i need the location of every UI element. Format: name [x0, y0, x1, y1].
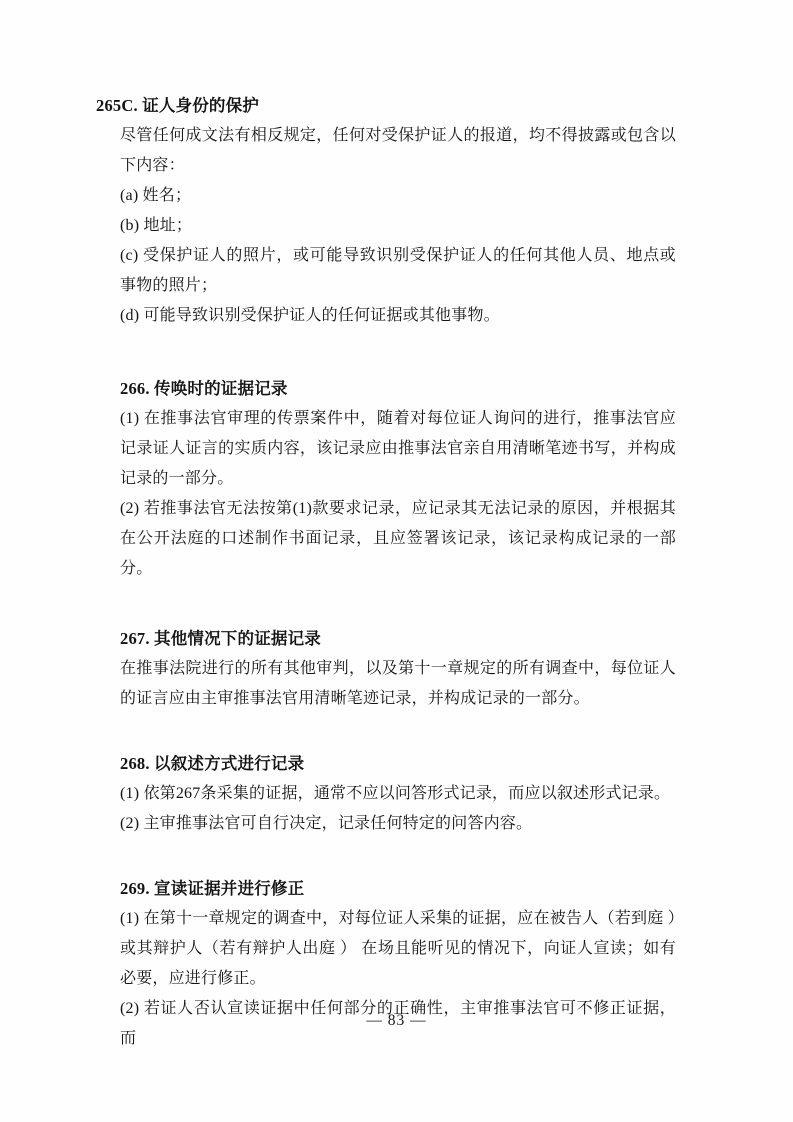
section-265c-list-item-c: (c) 受保护证人的照片，或可能导致识别受保护证人的任何其他人员、地点或事物的照…	[120, 241, 676, 301]
section-265c-list-item-d: (d) 可能导致识别受保护证人的任何证据或其他事物。	[120, 301, 676, 331]
section-269-heading: 269. 宣读证据并进行修正	[120, 874, 676, 904]
section-267-heading: 267. 其他情况下的证据记录	[120, 624, 676, 654]
section-265c: 265C. 证人身份的保护 尽管任何成文法有相反规定，任何对受保护证人的报道，均…	[120, 91, 676, 331]
section-266-heading: 266. 传唤时的证据记录	[120, 374, 676, 404]
section-266-clause-2: (2) 若推事法官无法按第(1)款要求记录，应记录其无法记录的原因，并根据其在公…	[120, 494, 676, 584]
section-265c-list-item-b: (b) 地址；	[120, 211, 676, 241]
section-265c-heading: 265C. 证人身份的保护	[96, 91, 676, 121]
section-265c-intro-paragraph: 尽管任何成文法有相反规定，任何对受保护证人的报道，均不得披露或包含以下内容：	[120, 121, 676, 181]
section-268-heading: 268. 以叙述方式进行记录	[120, 749, 676, 779]
section-265c-list-item-a: (a) 姓名；	[120, 181, 676, 211]
section-268: 268. 以叙述方式进行记录 (1) 依第267条采集的证据，通常不应以问答形式…	[120, 749, 676, 839]
document-page: 265C. 证人身份的保护 尽管任何成文法有相反规定，任何对受保护证人的报道，均…	[0, 0, 793, 1122]
section-267: 267. 其他情况下的证据记录 在推事法院进行的所有其他审判，以及第十一章规定的…	[120, 624, 676, 714]
page-number: — 83 —	[0, 1010, 793, 1032]
section-266-clause-1: (1) 在推事法官审理的传票案件中，随着对每位证人询问的进行，推事法官应记录证人…	[120, 404, 676, 494]
section-269-clause-1: (1) 在第十一章规定的调查中，对每位证人采集的证据，应在被告人（若到庭 ）或其…	[120, 904, 676, 994]
section-266: 266. 传唤时的证据记录 (1) 在推事法官审理的传票案件中，随着对每位证人询…	[120, 374, 676, 584]
section-268-clause-2: (2) 主审推事法官可自行决定，记录任何特定的问答内容。	[120, 809, 676, 839]
section-267-paragraph: 在推事法院进行的所有其他审判，以及第十一章规定的所有调查中，每位证人的证言应由主…	[120, 654, 676, 714]
section-268-clause-1: (1) 依第267条采集的证据，通常不应以问答形式记录，而应以叙述形式记录。	[120, 779, 676, 809]
